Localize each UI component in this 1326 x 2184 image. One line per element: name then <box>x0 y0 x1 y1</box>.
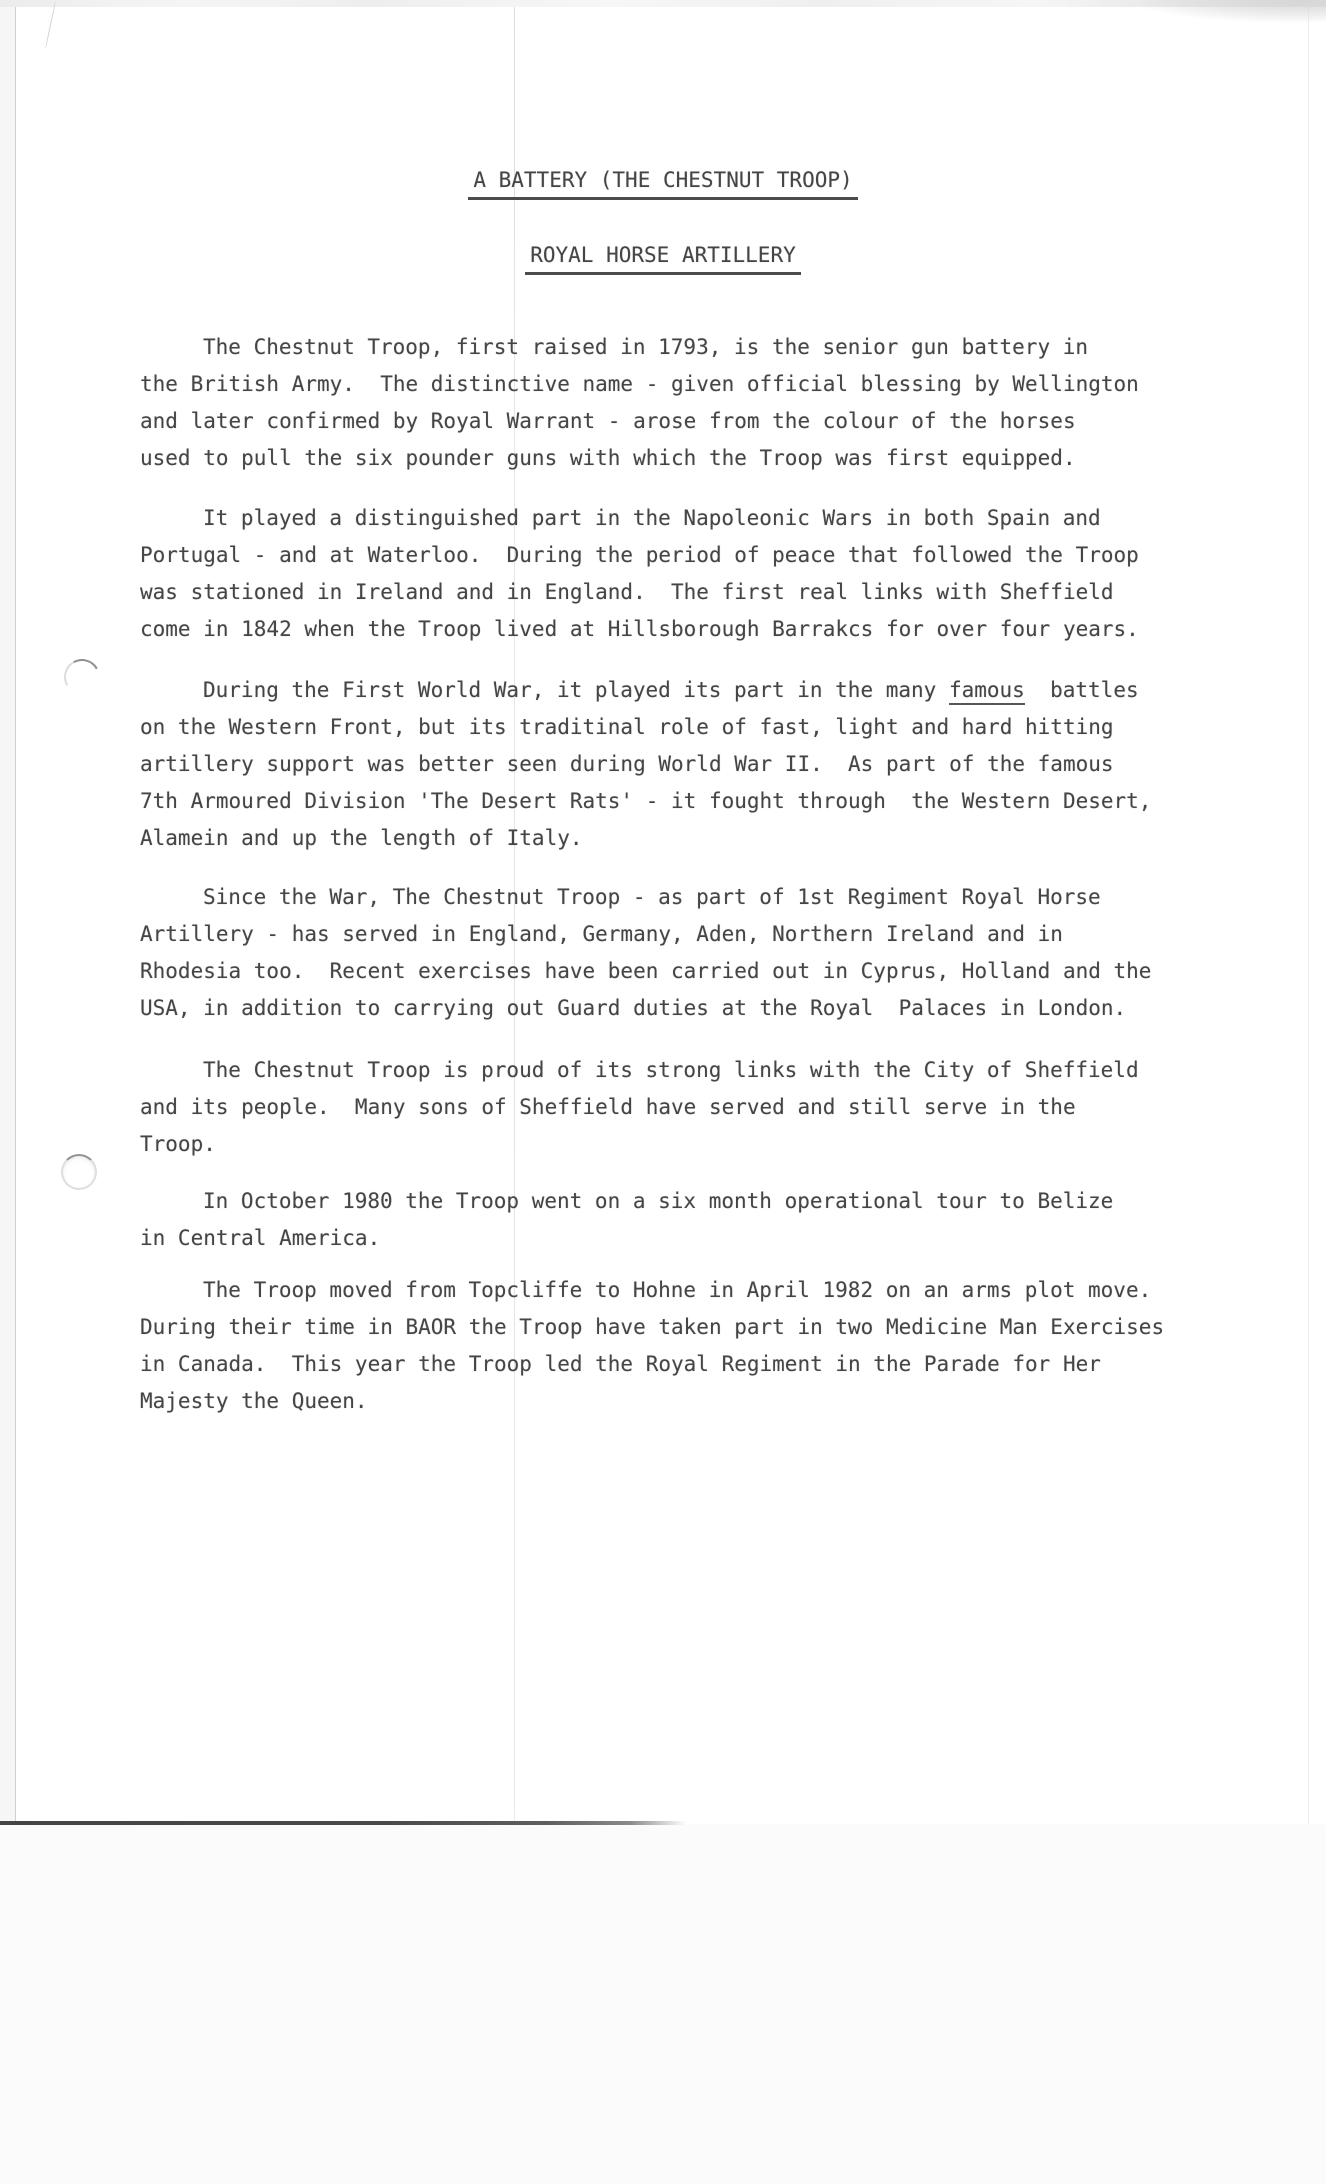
paragraph-napoleonic-wars: It played a distinguished part in the Na… <box>140 500 1260 648</box>
paragraph-hohne-move: The Troop moved from Topcliffe to Hohne … <box>140 1272 1260 1420</box>
document-subtitle-text: ROYAL HORSE ARTILLERY <box>525 242 801 275</box>
paragraph-belize-tour: In October 1980 the Troop went on a six … <box>140 1183 1260 1257</box>
scan-background-below-page <box>0 1825 1326 2184</box>
scan-canvas: A BATTERY (THE CHESTNUT TROOP) ROYAL HOR… <box>0 0 1326 2184</box>
paragraph-world-wars-pre: During the First World War, it played it… <box>203 678 949 702</box>
document-body: The Chestnut Troop, first raised in 1793… <box>140 329 1260 1420</box>
hole-punch-bottom <box>61 1154 97 1190</box>
scan-artifact-top-band <box>0 0 1326 7</box>
document-title-text: A BATTERY (THE CHESTNUT TROOP) <box>468 167 857 200</box>
paragraph-postwar-service: Since the War, The Chestnut Troop - as p… <box>140 879 1260 1027</box>
paragraph-sheffield-links: The Chestnut Troop is proud of its stron… <box>140 1052 1260 1163</box>
scan-artifact-top-right-smudge <box>1140 0 1326 22</box>
scan-artifact-top-left-mark <box>45 1 56 48</box>
underlined-word-famous: famous <box>949 678 1025 705</box>
document-title: A BATTERY (THE CHESTNUT TROOP) <box>0 167 1326 200</box>
paragraph-history-origin: The Chestnut Troop, first raised in 1793… <box>140 329 1260 477</box>
document-page: A BATTERY (THE CHESTNUT TROOP) ROYAL HOR… <box>0 0 1326 1824</box>
document-subtitle: ROYAL HORSE ARTILLERY <box>0 242 1326 275</box>
hole-punch-top <box>60 655 105 700</box>
paragraph-world-wars: During the First World War, it played it… <box>140 672 1260 857</box>
